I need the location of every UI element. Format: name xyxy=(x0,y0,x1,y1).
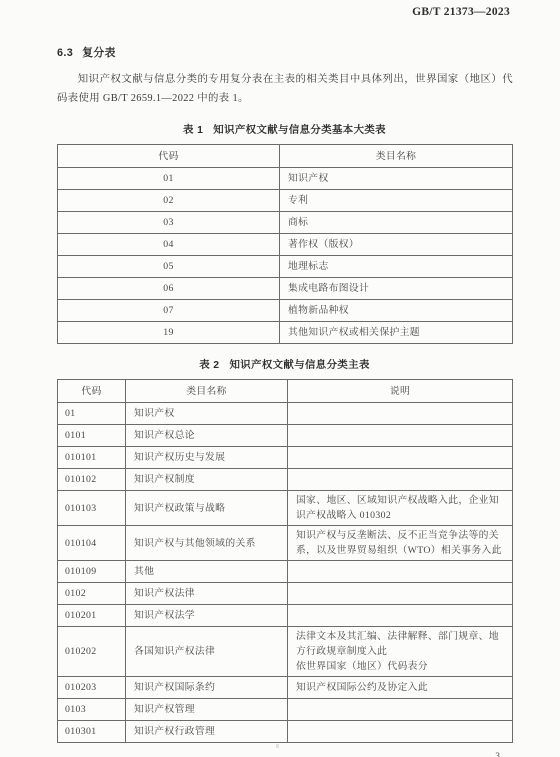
note-cell xyxy=(288,447,513,469)
table2-caption-title: 知识产权文献与信息分类主表 xyxy=(229,360,369,371)
name-cell: 知识产权法律 xyxy=(126,583,288,605)
note-cell xyxy=(288,699,513,721)
name-cell: 知识产权法学 xyxy=(126,605,288,627)
code-cell: 010103 xyxy=(58,491,126,526)
table-row: 01知识产权 xyxy=(58,168,513,190)
table1-col-name: 类目名称 xyxy=(280,145,513,168)
table-row: 19其他知识产权或相关保护主题 xyxy=(58,322,513,344)
table-row: 03商标 xyxy=(58,212,513,234)
name-cell: 知识产权国际条约 xyxy=(126,677,288,699)
table2-col-name: 类目名称 xyxy=(126,380,288,403)
table-row: 010301知识产权行政管理 xyxy=(58,721,513,743)
section-title: 复分表 xyxy=(82,47,116,59)
note-cell xyxy=(288,403,513,425)
code-cell: 05 xyxy=(58,256,280,278)
note-cell xyxy=(288,583,513,605)
section-heading: 6.3复分表 xyxy=(57,45,560,60)
table-row: 0102知识产权法律 xyxy=(58,583,513,605)
table-row: 0103知识产权管理 xyxy=(58,699,513,721)
note-cell xyxy=(288,425,513,447)
table1-caption: 表 1知识产权文献与信息分类基本大类表 xyxy=(57,121,512,136)
table-row: 010109其他 xyxy=(58,561,513,583)
table1-caption-label: 表 1 xyxy=(183,125,203,136)
name-cell: 知识产权制度 xyxy=(126,469,288,491)
name-cell: 集成电路布图设计 xyxy=(280,278,513,300)
table-header-row: 代码 类目名称 说明 xyxy=(58,380,513,403)
name-cell: 地理标志 xyxy=(280,256,513,278)
table-row: 02专利 xyxy=(58,190,513,212)
name-cell: 知识产权历史与发展 xyxy=(126,447,288,469)
table1-basic-categories: 代码 类目名称 01知识产权02专利03商标04著作权（版权）05地理标志06集… xyxy=(57,144,513,344)
table2-body: 01知识产权0101知识产权总论010101知识产权历史与发展010102知识产… xyxy=(58,403,513,743)
note-cell xyxy=(288,605,513,627)
table-row: 05地理标志 xyxy=(58,256,513,278)
name-cell: 商标 xyxy=(280,212,513,234)
body-paragraph: 知识产权文献与信息分类的专用复分表在主表的相关类目中具体列出，世界国家（地区）代… xyxy=(57,70,513,108)
page-number: 3 xyxy=(0,752,500,757)
code-cell: 01 xyxy=(58,168,280,190)
name-cell: 著作权（版权） xyxy=(280,234,513,256)
table2-main-schedule: 代码 类目名称 说明 01知识产权0101知识产权总论010101知识产权历史与… xyxy=(57,379,513,743)
table-row: 0101知识产权总论 xyxy=(58,425,513,447)
code-cell: 010102 xyxy=(58,469,126,491)
note-cell xyxy=(288,561,513,583)
table1-body: 01知识产权02专利03商标04著作权（版权）05地理标志06集成电路布图设计0… xyxy=(58,168,513,344)
name-cell: 专利 xyxy=(280,190,513,212)
code-cell: 010104 xyxy=(58,526,126,561)
table2-col-code: 代码 xyxy=(58,380,126,403)
note-cell: 知识产权与反垄断法、反不正当竞争法等的关系，以及世界贸易组织（WTO）相关事务入… xyxy=(288,526,513,561)
table-row: 04著作权（版权） xyxy=(58,234,513,256)
document-page: GB/T 21373—2023 6.3复分表 知识产权文献与信息分类的专用复分表… xyxy=(0,0,560,757)
table2-caption: 表 2知识产权文献与信息分类主表 xyxy=(57,356,512,371)
name-cell: 知识产权 xyxy=(280,168,513,190)
code-cell: 0101 xyxy=(58,425,126,447)
code-cell: 010203 xyxy=(58,677,126,699)
table-row: 06集成电路布图设计 xyxy=(58,278,513,300)
name-cell: 知识产权政策与战略 xyxy=(126,491,288,526)
table-row: 010104知识产权与其他领域的关系知识产权与反垄断法、反不正当竞争法等的关系，… xyxy=(58,526,513,561)
table-row: 07植物新品种权 xyxy=(58,300,513,322)
table1-col-code: 代码 xyxy=(58,145,280,168)
code-cell: 02 xyxy=(58,190,280,212)
code-cell: 0102 xyxy=(58,583,126,605)
name-cell: 知识产权 xyxy=(126,403,288,425)
section-number: 6.3 xyxy=(57,47,73,59)
code-cell: 03 xyxy=(58,212,280,234)
table-row: 010103知识产权政策与战略国家、地区、区域知识产权战略入此，企业知识产权战略… xyxy=(58,491,513,526)
name-cell: 知识产权行政管理 xyxy=(126,721,288,743)
table-row: 010202各国知识产权法律法律文本及其汇编、法律解释、部门规章、地方行政规章制… xyxy=(58,627,513,677)
table-row: 010101知识产权历史与发展 xyxy=(58,447,513,469)
code-cell: 010202 xyxy=(58,627,126,677)
name-cell: 其他 xyxy=(126,561,288,583)
name-cell: 各国知识产权法律 xyxy=(126,627,288,677)
standard-number: GB/T 21373—2023 xyxy=(0,0,560,18)
code-cell: 010109 xyxy=(58,561,126,583)
code-cell: 07 xyxy=(58,300,280,322)
note-cell xyxy=(288,469,513,491)
code-cell: 06 xyxy=(58,278,280,300)
note-cell: 法律文本及其汇编、法律解释、部门规章、地方行政规章制度入此 依世界国家（地区）代… xyxy=(288,627,513,677)
code-cell: 19 xyxy=(58,322,280,344)
name-cell: 其他知识产权或相关保护主题 xyxy=(280,322,513,344)
name-cell: 知识产权总论 xyxy=(126,425,288,447)
table-row: 010203知识产权国际条约知识产权国际公约及协定入此 xyxy=(58,677,513,699)
code-cell: 01 xyxy=(58,403,126,425)
table1-caption-title: 知识产权文献与信息分类基本大类表 xyxy=(213,125,386,136)
note-cell: 知识产权国际公约及协定入此 xyxy=(288,677,513,699)
name-cell: 知识产权与其他领域的关系 xyxy=(126,526,288,561)
table-row: 01知识产权 xyxy=(58,403,513,425)
table2-caption-label: 表 2 xyxy=(199,360,219,371)
scan-artifact xyxy=(276,744,279,748)
code-cell: 04 xyxy=(58,234,280,256)
table2-col-note: 说明 xyxy=(288,380,513,403)
code-cell: 010101 xyxy=(58,447,126,469)
name-cell: 知识产权管理 xyxy=(126,699,288,721)
code-cell: 010301 xyxy=(58,721,126,743)
code-cell: 010201 xyxy=(58,605,126,627)
table-header-row: 代码 类目名称 xyxy=(58,145,513,168)
name-cell: 植物新品种权 xyxy=(280,300,513,322)
table-row: 010201知识产权法学 xyxy=(58,605,513,627)
table-row: 010102知识产权制度 xyxy=(58,469,513,491)
code-cell: 0103 xyxy=(58,699,126,721)
note-cell xyxy=(288,721,513,743)
note-cell: 国家、地区、区域知识产权战略入此，企业知识产权战略入 010302 xyxy=(288,491,513,526)
